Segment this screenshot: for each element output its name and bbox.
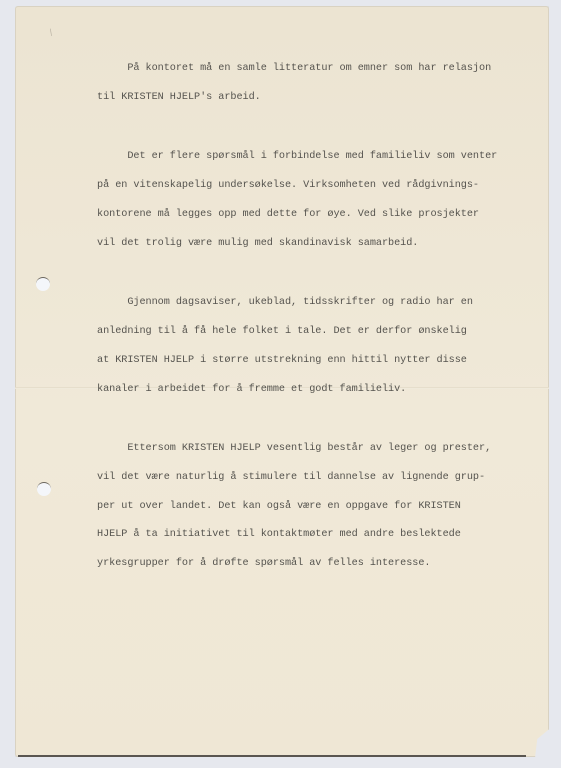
text-line: vil det være naturlig å stimulere til da… <box>97 473 537 483</box>
text-line: kontorene må legges opp med dette for øy… <box>97 210 537 220</box>
paragraph-media: Gjennom dagsaviser, ukeblad, tidsskrifte… <box>97 279 537 413</box>
text-line: På kontoret må en samle litteratur om em… <box>97 64 537 74</box>
text-line: Det er flere spørsmål i forbindelse med … <box>97 152 537 162</box>
text-line: anledning til å få hele folket i tale. D… <box>97 327 537 337</box>
paragraph-research: Det er flere spørsmål i forbindelse med … <box>97 133 537 267</box>
paragraph-literature: På kontoret må en samle litteratur om em… <box>97 45 537 122</box>
text-line: Ettersom KRISTEN HJELP vesentlig består … <box>97 444 537 454</box>
text-line: yrkesgrupper for å drøfte spørsmål av fe… <box>97 559 537 569</box>
punch-hole-top <box>36 277 50 291</box>
text-line: kanaler i arbeidet for å fremme et godt … <box>97 385 537 395</box>
text-line: per ut over landet. Det kan også være en… <box>97 502 537 512</box>
page-bottom-shadow <box>18 755 526 757</box>
typed-text-body: På kontoret må en samle litteratur om em… <box>97 45 537 599</box>
text-line: HJELP å ta initiativet til kontaktmøter … <box>97 530 537 540</box>
punch-hole-bottom <box>37 482 51 496</box>
text-line: Gjennom dagsaviser, ukeblad, tidsskrifte… <box>97 298 537 308</box>
paragraph-groups: Ettersom KRISTEN HJELP vesentlig består … <box>97 425 537 588</box>
text-line: at KRISTEN HJELP i større utstrekning en… <box>97 356 537 366</box>
text-line: vil det trolig være mulig med skandinavi… <box>97 239 537 249</box>
text-line: til KRISTEN HJELP's arbeid. <box>97 93 537 103</box>
text-line: på en vitenskapelig undersøkelse. Virkso… <box>97 181 537 191</box>
